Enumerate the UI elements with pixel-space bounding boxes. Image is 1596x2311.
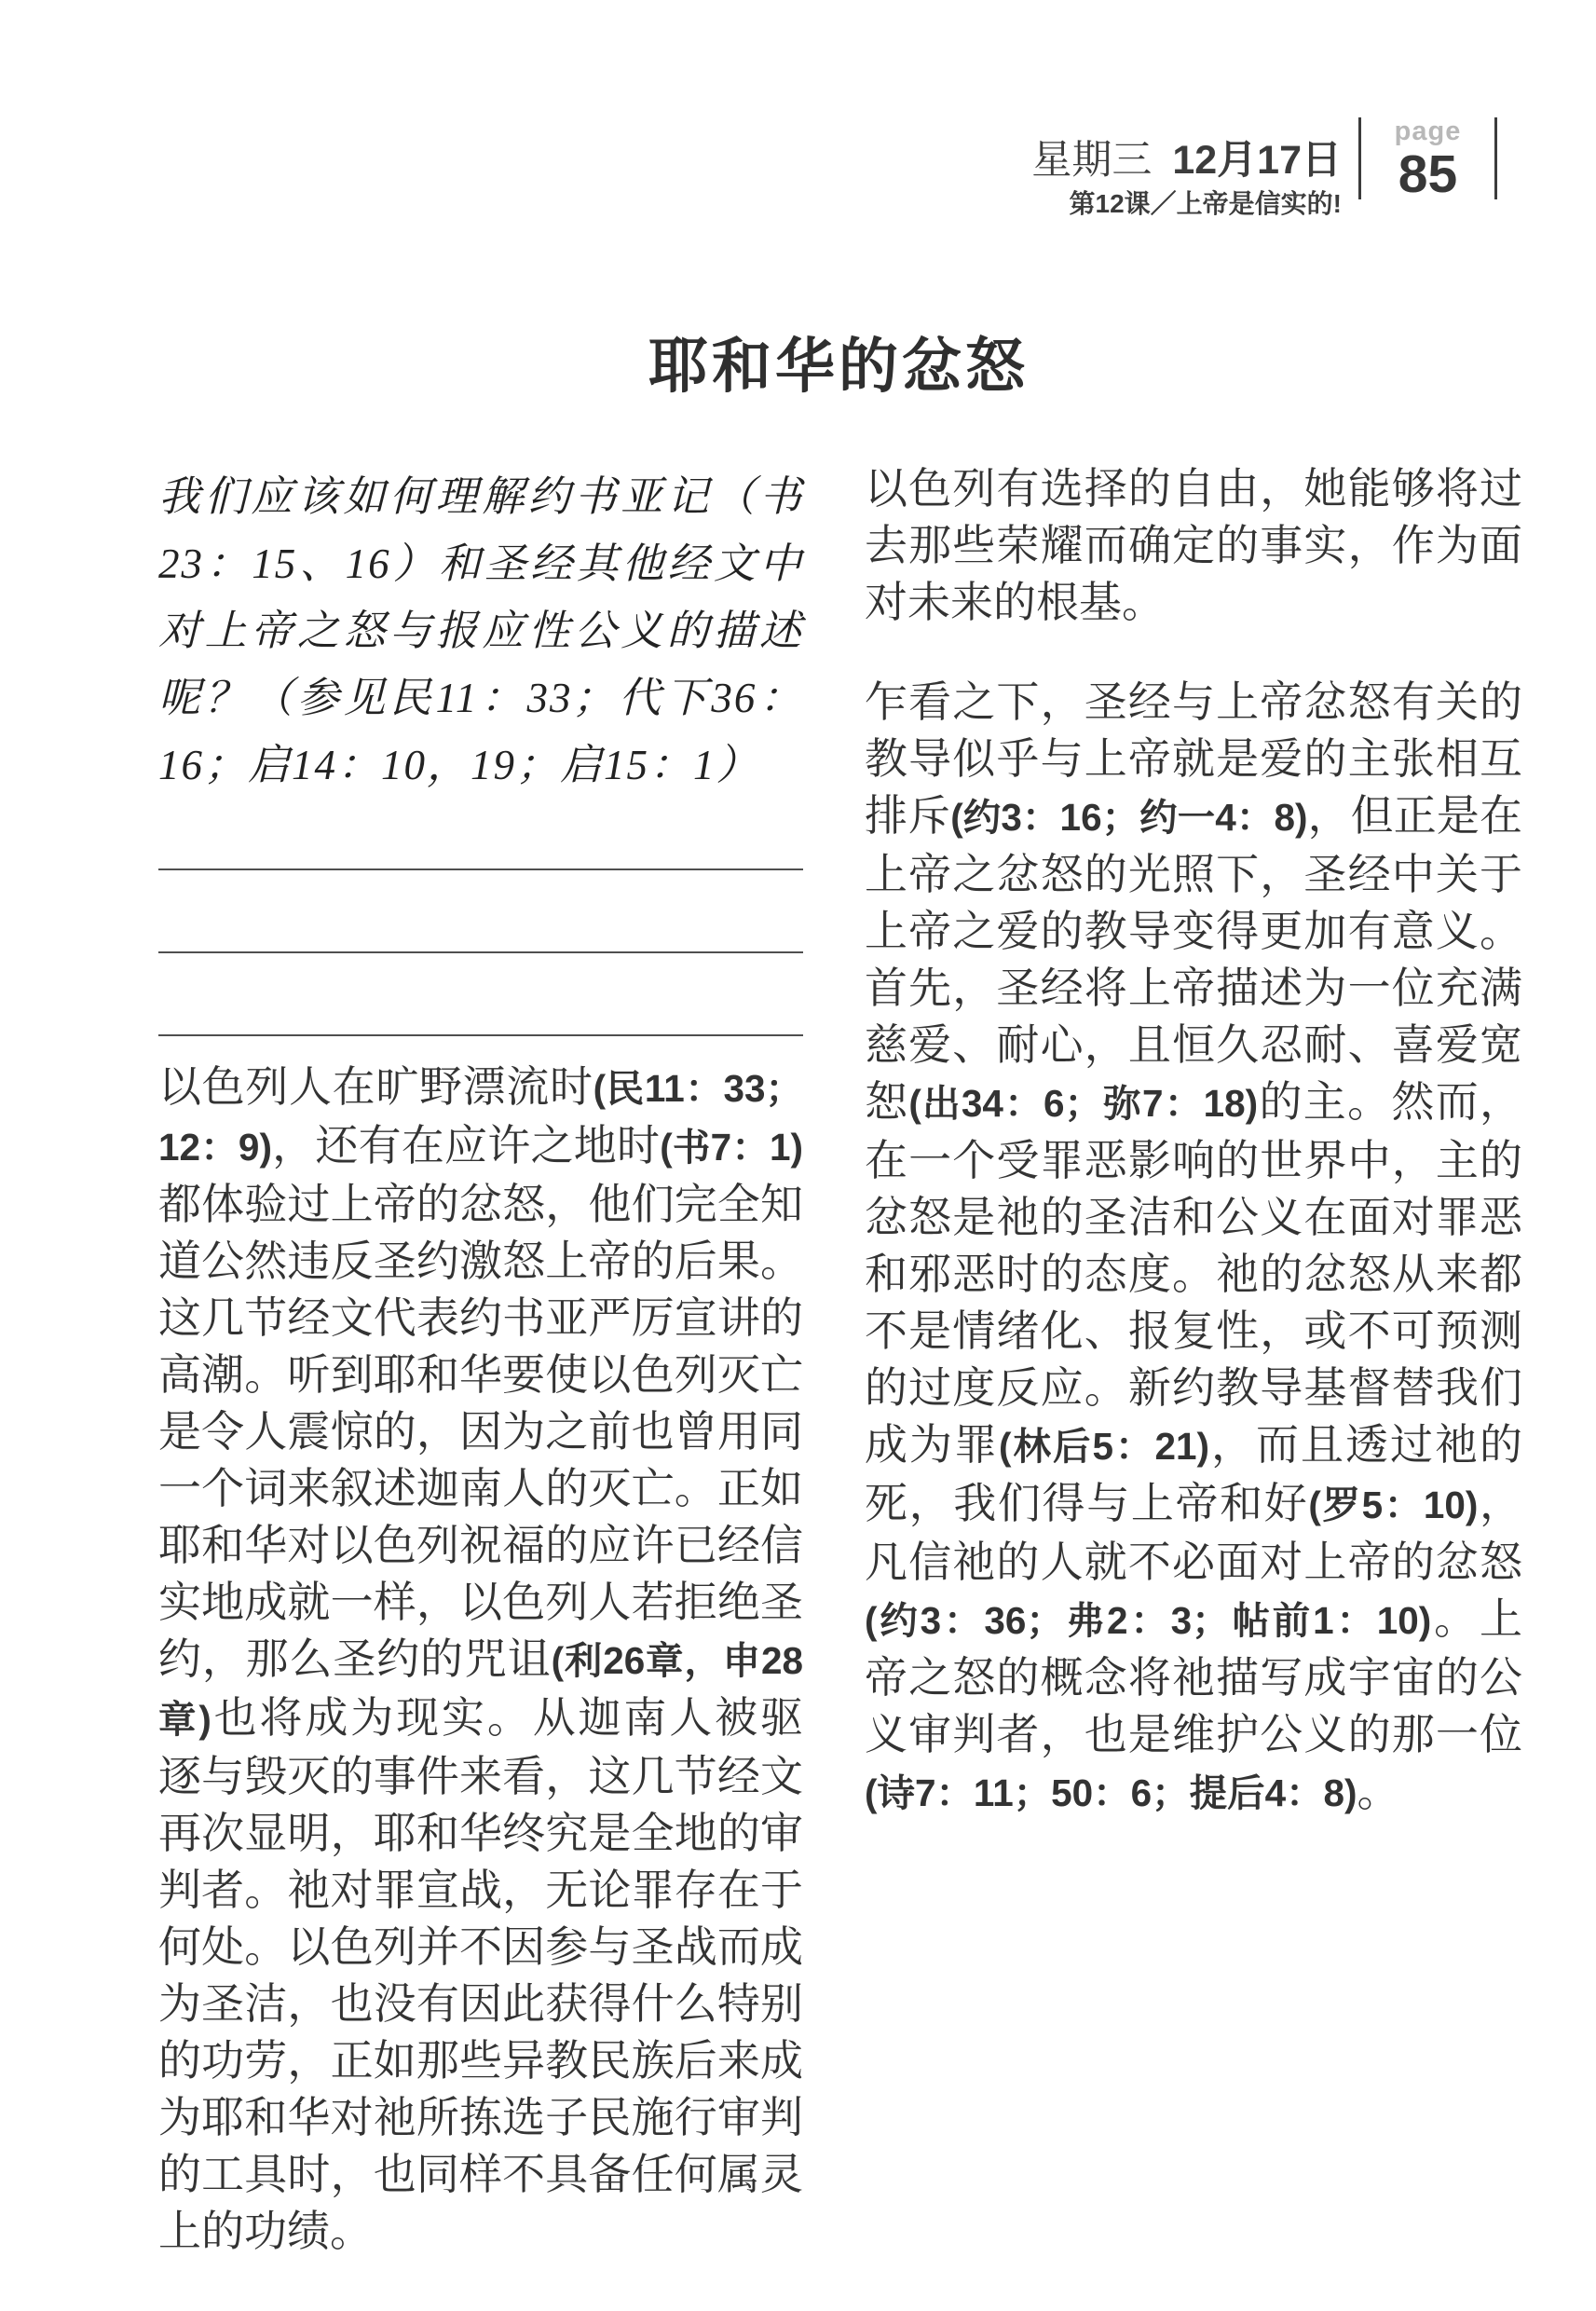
lesson-title-label: 第12课／上帝是信实的! — [1031, 190, 1342, 217]
right-body-paragraph-2: 乍看之下，圣经与上帝忿怒有关的教导似乎与上帝就是爱的主张相互排斥(约3：16；约… — [865, 674, 1522, 1822]
body-text-run: ，但正是在上帝之忿怒的光照下，圣经中关于上帝之爱的教导变得更加有意义。首先，圣经… — [865, 791, 1522, 1126]
body-text-run: 以色列有选择的自由，她能够将过去那些荣耀而确定的事实，作为面对未来的根基。 — [865, 464, 1522, 626]
page-label: page — [1361, 118, 1494, 145]
scripture-reference: (书7：1) — [660, 1126, 803, 1169]
answer-blank-line — [158, 953, 803, 1036]
scripture-reference: (林后5：21) — [999, 1425, 1209, 1468]
right-body-paragraph-1: 以色列有选择的自由，她能够将过去那些荣耀而确定的事实，作为面对未来的根基。 — [865, 460, 1522, 631]
left-column: 我们应该如何理解约书亚记（书23：15、16）和圣经其他经文中对上帝之怒与报应性… — [158, 421, 803, 2303]
body-text-run: 都体验过上帝的忿怒，他们完全知道公然违反圣约激怒上帝的后果。这几节经文代表约书亚… — [158, 1180, 803, 1683]
left-body-paragraph: 以色列人在旷野漂流时(民11：33；12：9)，还有在应许之地时(书7：1)都体… — [158, 1059, 803, 2260]
answer-lines — [158, 841, 803, 1036]
page-header: 星期三12月17日 第12课／上帝是信实的! — [1031, 140, 1342, 218]
study-question: 我们应该如何理解约书亚记（书23：15、16）和圣经其他经文中对上帝之怒与报应性… — [158, 463, 803, 799]
header-date-line: 星期三12月17日 — [1031, 140, 1342, 182]
answer-blank-line — [158, 870, 803, 953]
scripture-reference: (出34：6；弥7：18) — [908, 1082, 1258, 1125]
scripture-reference: (罗5：10) — [1308, 1484, 1478, 1526]
scripture-reference: (约3：36；弗2：3；帖前1：10) — [865, 1599, 1431, 1642]
body-text-run: 以色列人在旷野漂流时 — [158, 1062, 593, 1111]
body-text-run: 的主。然而，在一个受罪恶影响的世界中，主的忿怒是祂的圣洁和公义在面对罪恶和邪恶时… — [865, 1077, 1522, 1469]
right-column: 以色列有选择的自由，她能够将过去那些荣耀而确定的事实，作为面对未来的根基。 乍看… — [865, 417, 1522, 1865]
body-text-run: 也将成为现实。从迦南人被驱逐与毁灭的事件来看，这几节经文再次显明，耶和华终究是全… — [158, 1693, 803, 2255]
scripture-reference: (诗7：11；50：6；提后4：8) — [865, 1771, 1357, 1814]
page-number-box: page 85 — [1358, 117, 1497, 199]
date-label: 12月17日 — [1172, 138, 1342, 183]
body-text-run: 。 — [1357, 1767, 1400, 1815]
weekday-label: 星期三 — [1031, 138, 1152, 183]
answer-blank-line — [158, 841, 803, 870]
lesson-page: { "header": { "weekday": "星期三", "date": … — [0, 0, 1596, 2311]
body-text-run: ，还有在应许之地时 — [272, 1121, 660, 1169]
scripture-reference: (约3：16；约一4：8) — [950, 796, 1307, 839]
page-number: 85 — [1361, 148, 1494, 201]
page-title: 耶和华的忿怒 — [158, 335, 1519, 400]
